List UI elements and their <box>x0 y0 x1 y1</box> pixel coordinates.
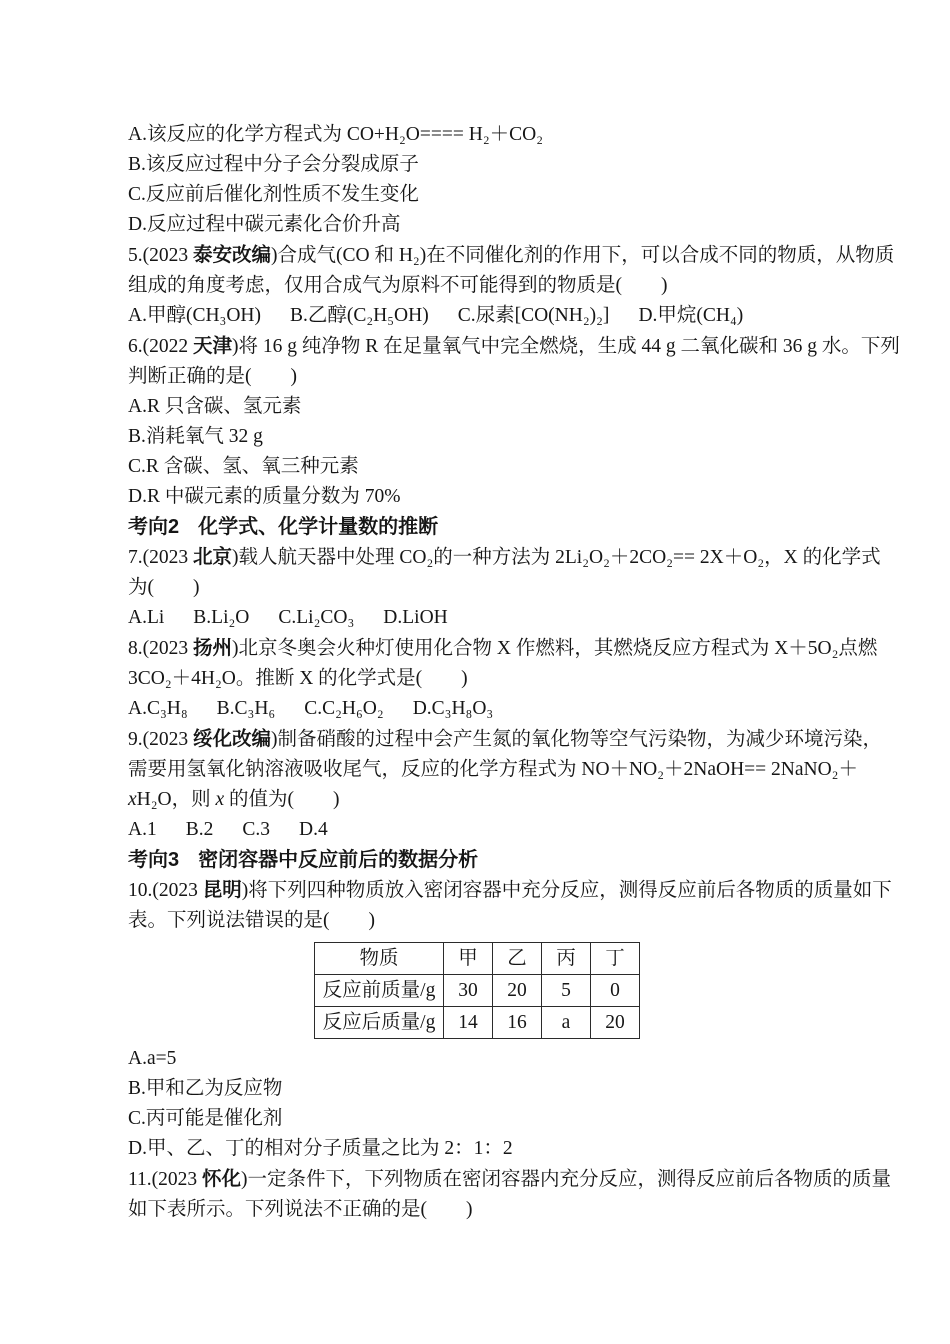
q8-option-d: D.C₃H₈O₃ <box>413 698 494 719</box>
q8-option-a: A.C₃H₈ <box>128 698 188 719</box>
section-title: 化学式、化学计量数的推断 <box>198 516 438 538</box>
table-row-label: 反应后质量/g <box>315 1007 444 1039</box>
q9-stem-text-end: 的值为( ) <box>224 789 339 810</box>
q9-option-b: B.2 <box>186 819 214 840</box>
q5-number: 5.(2023 <box>128 245 193 266</box>
q4-option-d: D.反应过程中碳元素化合价升高 <box>128 210 844 240</box>
table-header-bing: 丙 <box>542 943 591 975</box>
q6-option-c: C.R 含碳、氢、氧三种元素 <box>128 452 844 482</box>
q10-option-d: D.甲、乙、丁的相对分子质量之比为 2：1：2 <box>128 1134 844 1164</box>
table-row-label: 反应前质量/g <box>315 975 444 1007</box>
q5-option-d: D.甲烷(CH₄) <box>638 305 743 326</box>
q8-stem-line-1: 8.(2023 扬州)北京冬奥会火种灯使用化合物 X 作燃料，其燃烧反应方程式为… <box>128 633 844 664</box>
q10-option-b: B.甲和乙为反应物 <box>128 1074 844 1104</box>
q7-option-a: A.Li <box>128 607 164 628</box>
table-header-yi: 乙 <box>493 943 542 975</box>
q10-mass-table: 物质 甲 乙 丙 丁 反应前质量/g 30 20 5 0 反应后质量/g 14 … <box>314 942 640 1039</box>
q8-option-c: C.C₂H₆O₂ <box>304 698 383 719</box>
q5-option-b: B.乙醇(C₂H₅OH) <box>290 305 429 326</box>
q8-stem-text: )北京冬奥会火种灯使用化合物 X 作燃料，其燃烧反应方程式为 X＋5O₂点燃 <box>232 638 877 659</box>
section-label: 考向3 <box>128 849 179 871</box>
table-cell: 14 <box>444 1007 493 1039</box>
section-title: 密闭容器中反应前后的数据分析 <box>198 849 478 871</box>
q7-options: A.LiB.Li₂OC.Li₂CO₃D.LiOH <box>128 603 844 633</box>
table-header-ding: 丁 <box>591 943 640 975</box>
table-cell: 30 <box>444 975 493 1007</box>
q10-stem-text: )将下列四种物质放入密闭容器中充分反应，测得反应前后各物质的质量如下 <box>242 880 892 901</box>
q4-option-c: C.反应前后催化剂性质不发生变化 <box>128 180 844 210</box>
q8-option-b: B.C₃H₆ <box>217 698 276 719</box>
table-cell: 0 <box>591 975 640 1007</box>
q9-option-a: A.1 <box>128 819 157 840</box>
q6-option-b: B.消耗氧气 32 g <box>128 422 844 452</box>
q7-source-tag: 北京 <box>193 546 232 568</box>
q9-option-c: C.3 <box>242 819 270 840</box>
q5-source-tag: 泰安改编 <box>193 244 271 266</box>
q8-options: A.C₃H₈B.C₃H₆C.C₂H₆O₂D.C₃H₈O₃ <box>128 694 844 724</box>
q7-stem-line-1: 7.(2023 北京)载人航天器中处理 CO₂的一种方法为 2Li₂O₂＋2CO… <box>128 542 844 573</box>
table-header-substance: 物质 <box>315 943 444 975</box>
table-cell: 5 <box>542 975 591 1007</box>
q11-stem-line-2: 如下表所示。下列说法不正确的是( ) <box>128 1195 844 1225</box>
q9-source-tag: 绥化改编 <box>193 728 271 750</box>
q5-stem-line-2: 组成的角度考虑，仅用合成气为原料不可能得到的物质是( ) <box>128 271 844 301</box>
q5-stem-text: )合成气(CO 和 H₂)在不同催化剂的作用下，可以合成不同的物质，从物质 <box>271 245 894 266</box>
worksheet-content: A.该反应的化学方程式为 CO+H₂O==== H₂＋CO₂ B.该反应过程中分… <box>128 120 844 1225</box>
q11-number: 11.(2023 <box>128 1169 202 1190</box>
table-row-after-reaction: 反应后质量/g 14 16 a 20 <box>315 1007 640 1039</box>
q6-stem-text: )将 16 g 纯净物 R 在足量氧气中完全燃烧，生成 44 g 二氧化碳和 3… <box>232 336 900 357</box>
q9-stem-line-3: xH₂O，则 x 的值为( ) <box>128 785 844 815</box>
q7-option-d: D.LiOH <box>383 607 447 628</box>
table-row-before-reaction: 反应前质量/g 30 20 5 0 <box>315 975 640 1007</box>
section-heading-kaoxiang-2: 考向2化学式、化学计量数的推断 <box>128 512 844 542</box>
q7-stem-text: )载人航天器中处理 CO₂的一种方法为 2Li₂O₂＋2CO₂== 2X＋O₂，… <box>232 547 881 568</box>
q6-source-tag: 天津 <box>193 335 232 357</box>
q4-option-a: A.该反应的化学方程式为 CO+H₂O==== H₂＋CO₂ <box>128 120 844 150</box>
q10-option-a: A.a=5 <box>128 1044 844 1074</box>
q9-option-d: D.4 <box>299 819 328 840</box>
q9-number: 9.(2023 <box>128 729 193 750</box>
q9-stem-text: )制备硝酸的过程中会产生氮的氧化物等空气污染物，为减少环境污染， <box>271 729 882 750</box>
q7-number: 7.(2023 <box>128 547 193 568</box>
q7-option-c: C.Li₂CO₃ <box>278 607 354 628</box>
q9-stem-text-mid: H₂O，则 <box>137 789 216 810</box>
q9-stem-line-1: 9.(2023 绥化改编)制备硝酸的过程中会产生氮的氧化物等空气污染物，为减少环… <box>128 724 844 755</box>
q6-stem-line-1: 6.(2022 天津)将 16 g 纯净物 R 在足量氧气中完全燃烧，生成 44… <box>128 331 844 362</box>
table-cell: 16 <box>493 1007 542 1039</box>
q11-source-tag: 怀化 <box>202 1168 241 1190</box>
q11-stem-line-1: 11.(2023 怀化)一定条件下，下列物质在密闭容器内充分反应，测得反应前后各… <box>128 1164 844 1195</box>
q8-source-tag: 扬州 <box>193 637 232 659</box>
q7-option-b: B.Li₂O <box>193 607 249 628</box>
q9-stem-line-2: 需要用氢氧化钠溶液吸收尾气，反应的化学方程式为 NO＋NO₂＋2NaOH== 2… <box>128 755 844 785</box>
section-label: 考向2 <box>128 516 179 538</box>
q11-stem-text: )一定条件下，下列物质在密闭容器内充分反应，测得反应前后各物质的质量 <box>241 1169 891 1190</box>
q5-options: A.甲醇(CH₃OH)B.乙醇(C₂H₅OH)C.尿素[CO(NH₂)₂]D.甲… <box>128 301 844 331</box>
q9-coefficient-x: x <box>128 789 137 810</box>
q6-option-d: D.R 中碳元素的质量分数为 70% <box>128 482 844 512</box>
q6-option-a: A.R 只含碳、氢元素 <box>128 392 844 422</box>
q5-stem-line-1: 5.(2023 泰安改编)合成气(CO 和 H₂)在不同催化剂的作用下，可以合成… <box>128 240 844 271</box>
q10-stem-line-2: 表。下列说法错误的是( ) <box>128 906 844 936</box>
q4-option-b: B.该反应过程中分子会分裂成原子 <box>128 150 844 180</box>
q6-stem-line-2: 判断正确的是( ) <box>128 362 844 392</box>
q5-option-a: A.甲醇(CH₃OH) <box>128 305 261 326</box>
table-cell: 20 <box>493 975 542 1007</box>
table-header-jia: 甲 <box>444 943 493 975</box>
table-cell: 20 <box>591 1007 640 1039</box>
exam-worksheet-page: A.该反应的化学方程式为 CO+H₂O==== H₂＋CO₂ B.该反应过程中分… <box>0 0 950 1344</box>
section-heading-kaoxiang-3: 考向3密闭容器中反应前后的数据分析 <box>128 845 844 875</box>
q10-source-tag: 昆明 <box>203 879 242 901</box>
q6-number: 6.(2022 <box>128 336 193 357</box>
table-header-row: 物质 甲 乙 丙 丁 <box>315 943 640 975</box>
q9-variable-x: x <box>216 789 225 810</box>
q10-stem-line-1: 10.(2023 昆明)将下列四种物质放入密闭容器中充分反应，测得反应前后各物质… <box>128 875 844 906</box>
q7-stem-line-2: 为( ) <box>128 573 844 603</box>
q8-stem-line-2: 3CO₂＋4H₂O。推断 X 的化学式是( ) <box>128 664 844 694</box>
q8-number: 8.(2023 <box>128 638 193 659</box>
q10-option-c: C.丙可能是催化剂 <box>128 1104 844 1134</box>
q5-option-c: C.尿素[CO(NH₂)₂] <box>458 305 610 326</box>
q9-options: A.1B.2C.3D.4 <box>128 815 844 845</box>
q10-number: 10.(2023 <box>128 880 203 901</box>
table-cell: a <box>542 1007 591 1039</box>
